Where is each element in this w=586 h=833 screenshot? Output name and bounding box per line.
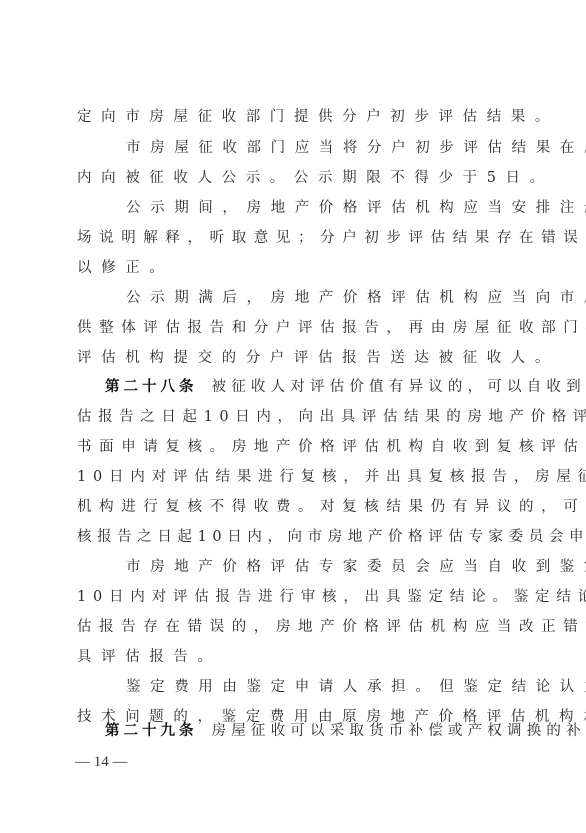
text-line: 评估机构提交的分户评估报告送达被征收人。: [77, 343, 522, 373]
article-28-line: 第二十八条被征收人对评估价值有异议的，可以自收到评: [105, 372, 550, 402]
article-29-line: 第二十九条房屋征收可以采取货币补偿或产权调换的补: [105, 716, 550, 746]
text-line: 内向被征收人公示。公示期限不得少于5日。: [77, 163, 522, 193]
article-heading: 第二十八条: [105, 378, 198, 395]
text-line: 市房地产价格评估专家委员会应当自收到鉴定申请之日起: [126, 552, 571, 582]
text-line: 核报告之日起10日内，向市房地产价格评估专家委员会申请鉴定。: [77, 522, 522, 552]
text-line: 机构进行复核不得收费。对复核结果仍有异议的，可以在收到复: [77, 492, 522, 522]
text-line: 10日内对评估结果进行复核，并出具复核报告，房屋征收评估: [77, 462, 522, 492]
text-line: 定向市房屋征收部门提供分户初步评估结果。: [77, 102, 522, 132]
text-line: 市房屋征收部门应当将分户初步评估结果在房屋征收范围: [126, 133, 571, 163]
text-line: 估报告存在错误的，房地产价格评估机构应当改正错误，重新出: [77, 612, 522, 642]
text-line: 房屋征收可以采取货币补偿或产权调换的补: [212, 723, 586, 739]
page-number: — 14 —: [75, 750, 128, 774]
text-line: 公示期满后，房地产价格评估机构应当向市房屋征收部门提: [126, 283, 571, 313]
text-line: 具评估报告。: [77, 642, 522, 672]
article-heading: 第二十九条: [105, 722, 198, 739]
document-page: 定向市房屋征收部门提供分户初步评估结果。 市房屋征收部门应当将分户初步评估结果在…: [0, 0, 586, 833]
text-line: 被征收人对评估价值有异议的，可以自收到评: [212, 379, 586, 395]
text-line: 场说明解释，听取意见；分户初步评估结果存在错误的，应当予: [77, 223, 522, 253]
text-line: 供整体评估报告和分户评估报告，再由房屋征收部门将房屋征收: [77, 313, 522, 343]
text-line: 估报告之日起10日内，向出具评估结果的房地产价格评估机构: [77, 402, 522, 432]
text-line: 书面申请复核。房地产价格评估机构自收到复核评估申请之日起: [77, 432, 522, 462]
text-line: 公示期间，房地产价格评估机构应当安排注册估价师进行现: [126, 193, 571, 223]
text-line: 10日内对评估报告进行审核，出具鉴定结论。鉴定结论认为评: [77, 582, 522, 612]
text-line: 鉴定费用由鉴定申请人承担。但鉴定结论认为评估报告存在: [126, 672, 571, 702]
text-line: 以修正。: [77, 253, 522, 283]
